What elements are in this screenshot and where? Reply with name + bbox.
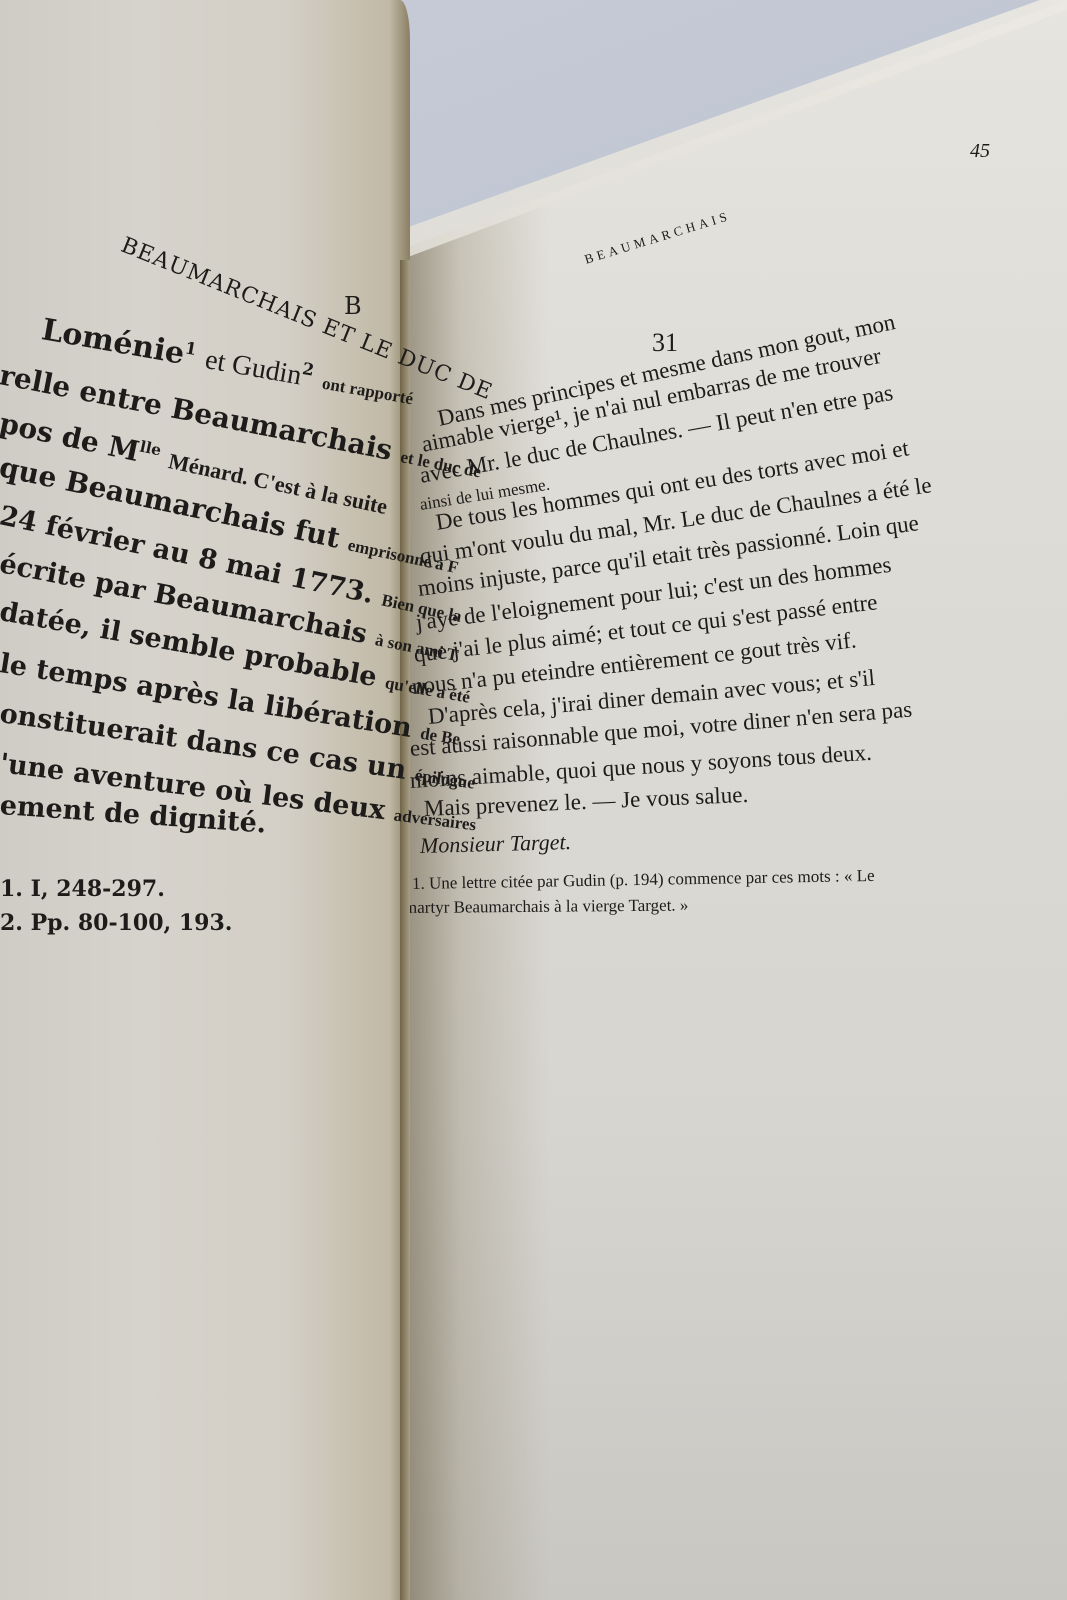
left-footnote: 1. I, 248-297. bbox=[0, 876, 165, 902]
section-letter: B bbox=[344, 292, 362, 320]
letter-number: 31 bbox=[652, 328, 678, 358]
left-footnote: 2. Pp. 80-100, 193. bbox=[0, 910, 232, 936]
footnote-line: martyr Beaumarchais à la vierge Target. … bbox=[404, 896, 689, 918]
page-number: 45 bbox=[970, 140, 990, 163]
